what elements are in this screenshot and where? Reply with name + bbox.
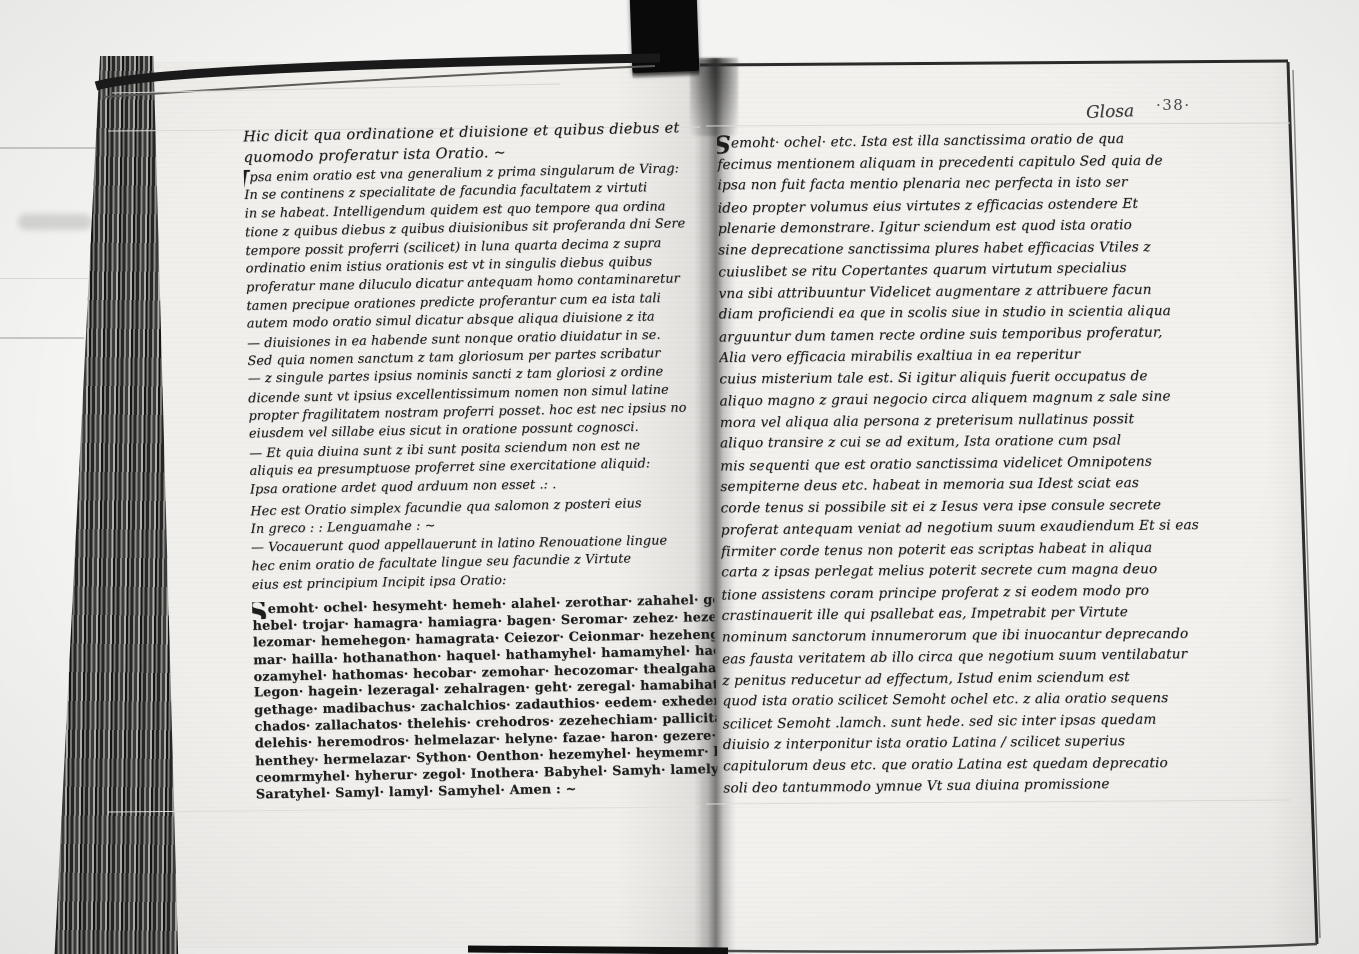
right-text-block: Semoht· ochel· etc. Ista est illa sancti… <box>717 127 1297 799</box>
left-names-litany: Semoht· ochel· hesymeht· hemeh· alahel· … <box>252 593 718 805</box>
left-body: Ipsa enim oratio est vna generalium z pr… <box>244 160 712 500</box>
folio-number: ·38· <box>1156 96 1191 114</box>
manuscript-photo: Glosa ·38· Hic dicit qua ordinatione et … <box>0 0 1359 954</box>
left-text-block: Hic dicit qua ordinatione et diuisione e… <box>243 118 718 804</box>
left-incipit: Hec est Oratio simplex facundie qua salo… <box>250 494 714 595</box>
running-head-glosa: Glosa <box>1086 101 1135 123</box>
